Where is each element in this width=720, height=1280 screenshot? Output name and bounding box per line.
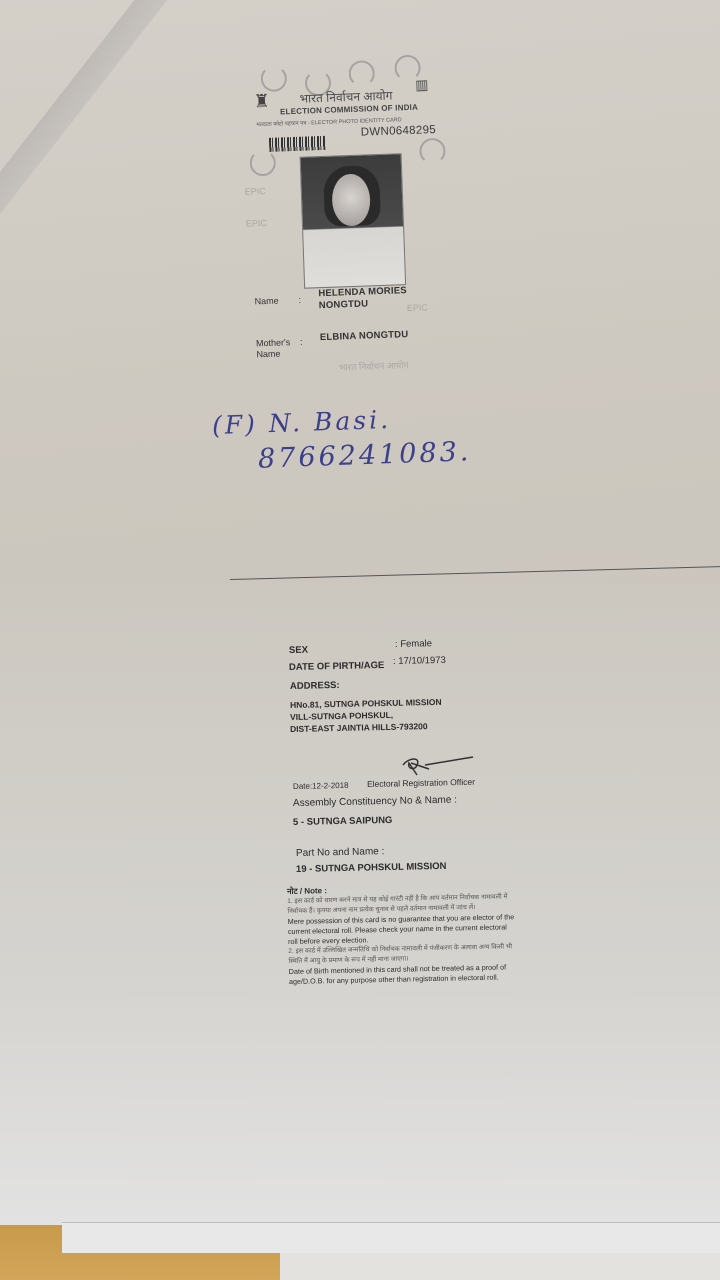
address-label: ADDRESS: xyxy=(290,680,340,692)
hologram-circle xyxy=(348,60,375,87)
watermark: EPIC xyxy=(245,186,266,197)
name-value-line1: HELENDA MORIES xyxy=(318,285,407,299)
assembly-value: 5 - SUTNGA SAIPUNG xyxy=(293,815,393,828)
voter-photo xyxy=(300,153,407,288)
barcode xyxy=(269,136,325,152)
sex-value: : Female xyxy=(395,638,432,650)
watermark: EPIC xyxy=(246,218,267,229)
voter-id-card-front: ♜ ▥ भारत निर्वाचन आयोग ELECTION COMMISSI… xyxy=(238,51,465,398)
name-separator: : xyxy=(298,295,301,305)
hologram-circle xyxy=(249,150,276,177)
dob-value: : 17/10/1973 xyxy=(393,655,446,667)
name-label: Name xyxy=(254,296,278,307)
officer-signature xyxy=(395,755,475,779)
hologram-circle xyxy=(260,65,287,92)
watermark: भारत निर्वाचन आयोग xyxy=(339,358,409,373)
note-section: नोट / Note : 1. इस कार्ड को धारण करने मा… xyxy=(287,881,519,987)
voting-machine-icon: ▥ xyxy=(415,76,429,93)
part-label: Part No and Name : xyxy=(296,846,385,859)
mother-name-label-line2: Name xyxy=(256,349,280,360)
note-english-1: Mere possession of this card is no guara… xyxy=(288,912,519,947)
sex-label: SEX xyxy=(289,645,308,656)
issue-date: Date:12-2-2018 xyxy=(293,781,349,791)
paper-bottom-edge xyxy=(62,1222,720,1253)
mother-name-label: Mother's xyxy=(256,337,291,348)
epic-number: DWN0648295 xyxy=(361,124,437,139)
name-value-line2: NONGTDU xyxy=(319,298,369,311)
dob-label: DATE OF PIRTH/AGE xyxy=(289,660,385,673)
mother-name-separator: : xyxy=(300,337,303,347)
hologram-circle xyxy=(419,138,446,165)
mother-name-value: ELBINA NONGTDU xyxy=(320,329,409,343)
ashoka-emblem-icon: ♜ xyxy=(253,90,270,113)
watermark: EPIC xyxy=(407,302,428,313)
